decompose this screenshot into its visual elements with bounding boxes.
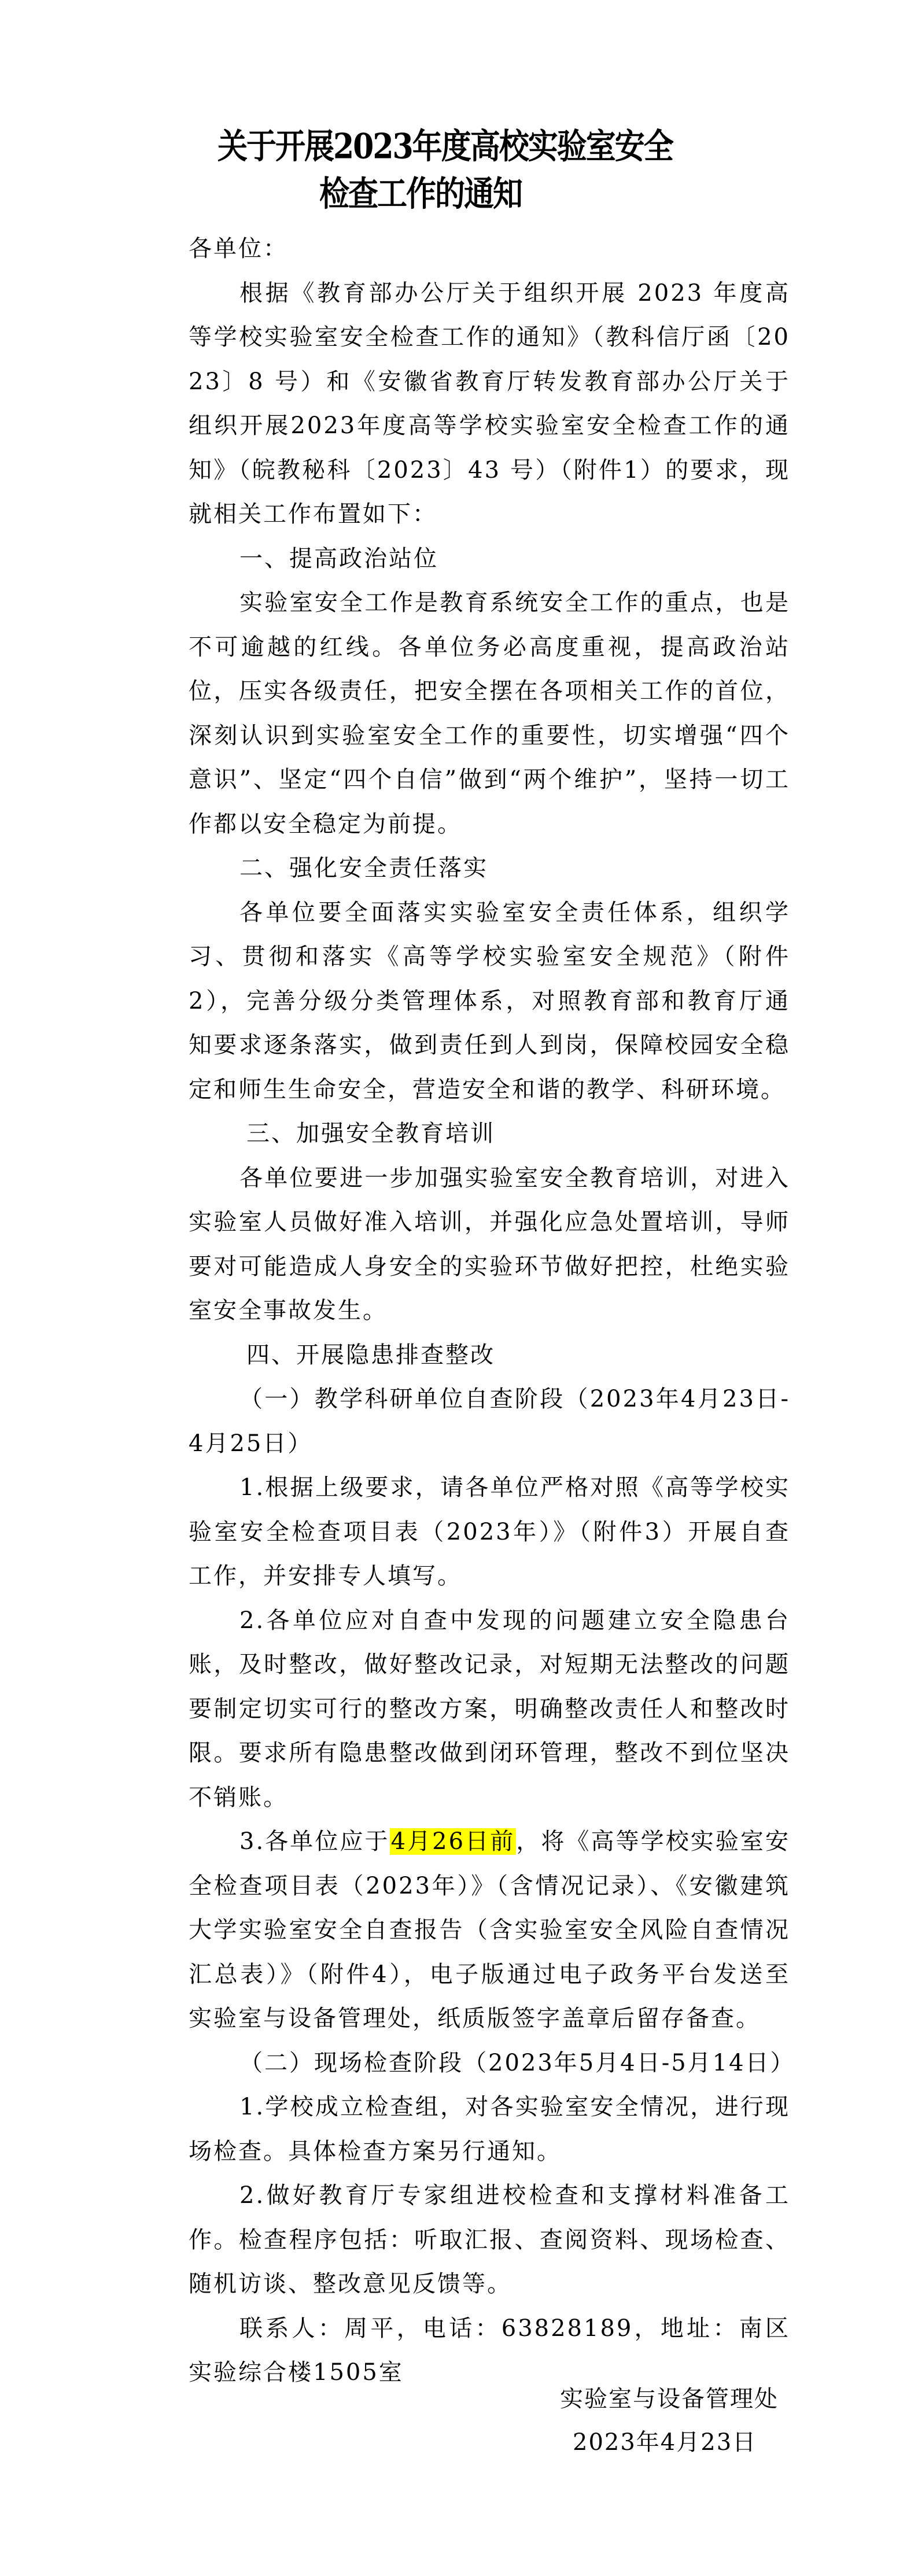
subsection-1-item-2: 2.各单位应对自查中发现的问题建立安全隐患台账，及时整改，做好整改记录，对短期无… <box>189 1599 790 1820</box>
section-heading-3: 三、加强安全教育培训 <box>189 1112 790 1156</box>
item-3-prefix: 3.各单位应于 <box>239 1828 390 1855</box>
subsection-2-item-2: 2.做好教育厅专家组进校检查和支撑材料准备工作。检查程序包括：听取汇报、查阅资料… <box>189 2173 790 2306</box>
document-page: 关于开展2023年度高校实验室安全 检查工作的通知 各单位： 根据《教育部办公厅… <box>0 0 918 2576</box>
subsection-heading-1: （一）教学科研单位自查阶段（2023年4月23日-4月25日） <box>189 1377 790 1466</box>
section-heading-2: 二、强化安全责任落实 <box>189 846 790 891</box>
subsection-heading-2: （二）现场检查阶段（2023年5月4日-5月14日） <box>189 2041 790 2086</box>
section-1-paragraph: 实验室安全工作是教育系统安全工作的重点，也是不可逾越的红线。各单位务必高度重视，… <box>189 581 790 846</box>
subsection-1-item-3: 3.各单位应于4月26日前，将《高等学校实验室安全检查项目表（2023年）》（含… <box>189 1820 790 2041</box>
salutation: 各单位： <box>189 227 790 271</box>
item-3-suffix: ，将《高等学校实验室安全检查项目表（2023年）》（含情况记录）、《安徽建筑大学… <box>189 1828 790 2032</box>
document-title-line-1: 关于开展2023年度高校实验室安全 <box>0 120 918 174</box>
section-heading-1: 一、提高政治站位 <box>189 537 790 581</box>
section-heading-4: 四、开展隐患排查整改 <box>189 1333 790 1378</box>
deadline-highlight: 4月26日前 <box>390 1828 517 1855</box>
section-2-paragraph: 各单位要全面落实实验室安全责任体系，组织学习、贯彻和落实《高等学校实验室安全规范… <box>189 891 790 1112</box>
document-body: 各单位： 根据《教育部办公厅关于组织开展 2023 年度高等学校实验室安全检查工… <box>189 227 790 2395</box>
subsection-1-item-1: 1.根据上级要求，请各单位严格对照《高等学校实验室安全检查项目表（2023年）》… <box>189 1466 790 1599</box>
subsection-2-item-1: 1.学校成立检查组，对各实验室安全情况，进行现场检查。具体检查方案另行通知。 <box>189 2085 790 2173</box>
signature-date: 2023年4月23日 <box>573 2420 816 2464</box>
signature-department: 实验室与设备管理处 <box>560 2377 803 2421</box>
section-3-paragraph: 各单位要进一步加强实验室安全教育培训，对进入实验室人员做好准入培训，并强化应急处… <box>189 1156 790 1333</box>
document-title-line-2: 检查工作的通知 <box>0 168 918 221</box>
intro-paragraph: 根据《教育部办公厅关于组织开展 2023 年度高等学校实验室安全检查工作的通知》… <box>189 271 790 537</box>
